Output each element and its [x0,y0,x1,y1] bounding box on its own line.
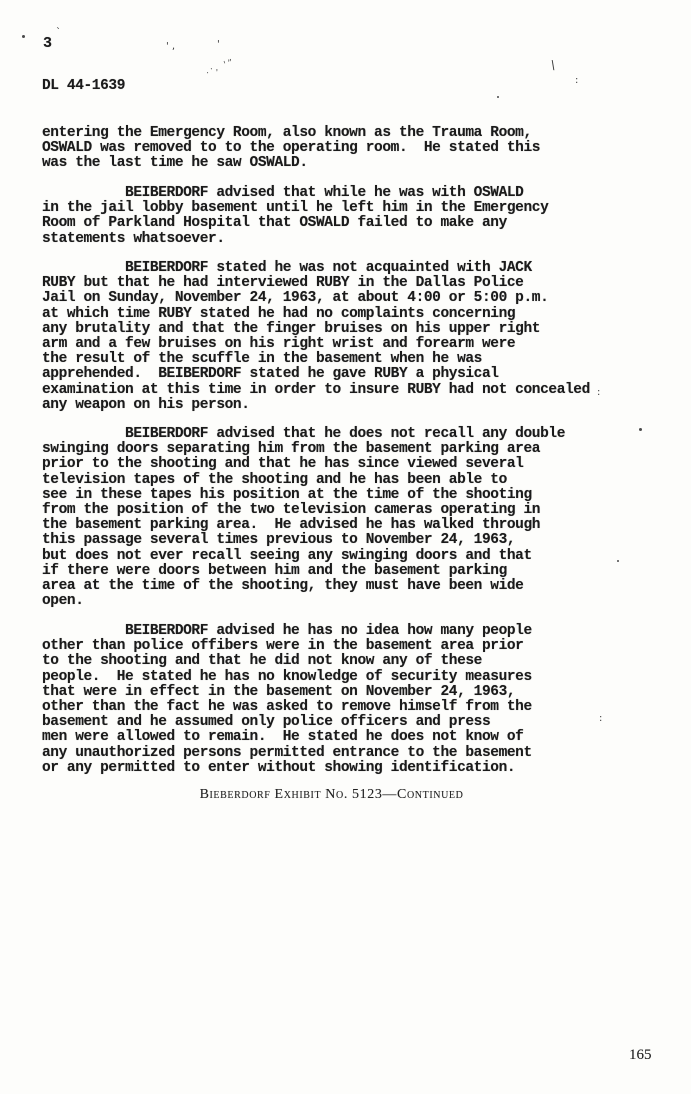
file-number: DL 44-1639 [42,79,125,94]
scan-artifact-colon-1: : [575,76,578,86]
scan-artifact-slash: \ [550,60,555,70]
scan-artifact-speck-2 [497,96,499,98]
scanned-document-page: 3 DL 44-1639 entering the Emergency Room… [0,0,691,1094]
scan-artifact-speck-1 [22,35,25,38]
scan-artifact-tick-1: ` [56,28,61,38]
scan-artifact-squiggle: .·, '” [204,58,236,77]
paragraph-5: BEIBERDORF advised he has no idea how ma… [42,624,662,776]
paragraph-4: BEIBERDORF advised that he does not reca… [42,427,662,609]
scan-artifact-quote-1: ' , [166,42,175,52]
scan-artifact-quote-2: ' [217,40,220,50]
paragraph-2: BEIBERDORF advised that while he was wit… [42,186,662,247]
page-number-bottom: 165 [629,1047,652,1064]
exhibit-caption: Bieberdorf Exhibit No. 5123—Continued [0,787,677,803]
paragraph-3: BEIBERDORF stated he was not acquainted … [42,261,662,413]
paragraph-1: entering the Emergency Room, also known … [42,126,662,172]
page-number-top: 3 [43,36,52,51]
